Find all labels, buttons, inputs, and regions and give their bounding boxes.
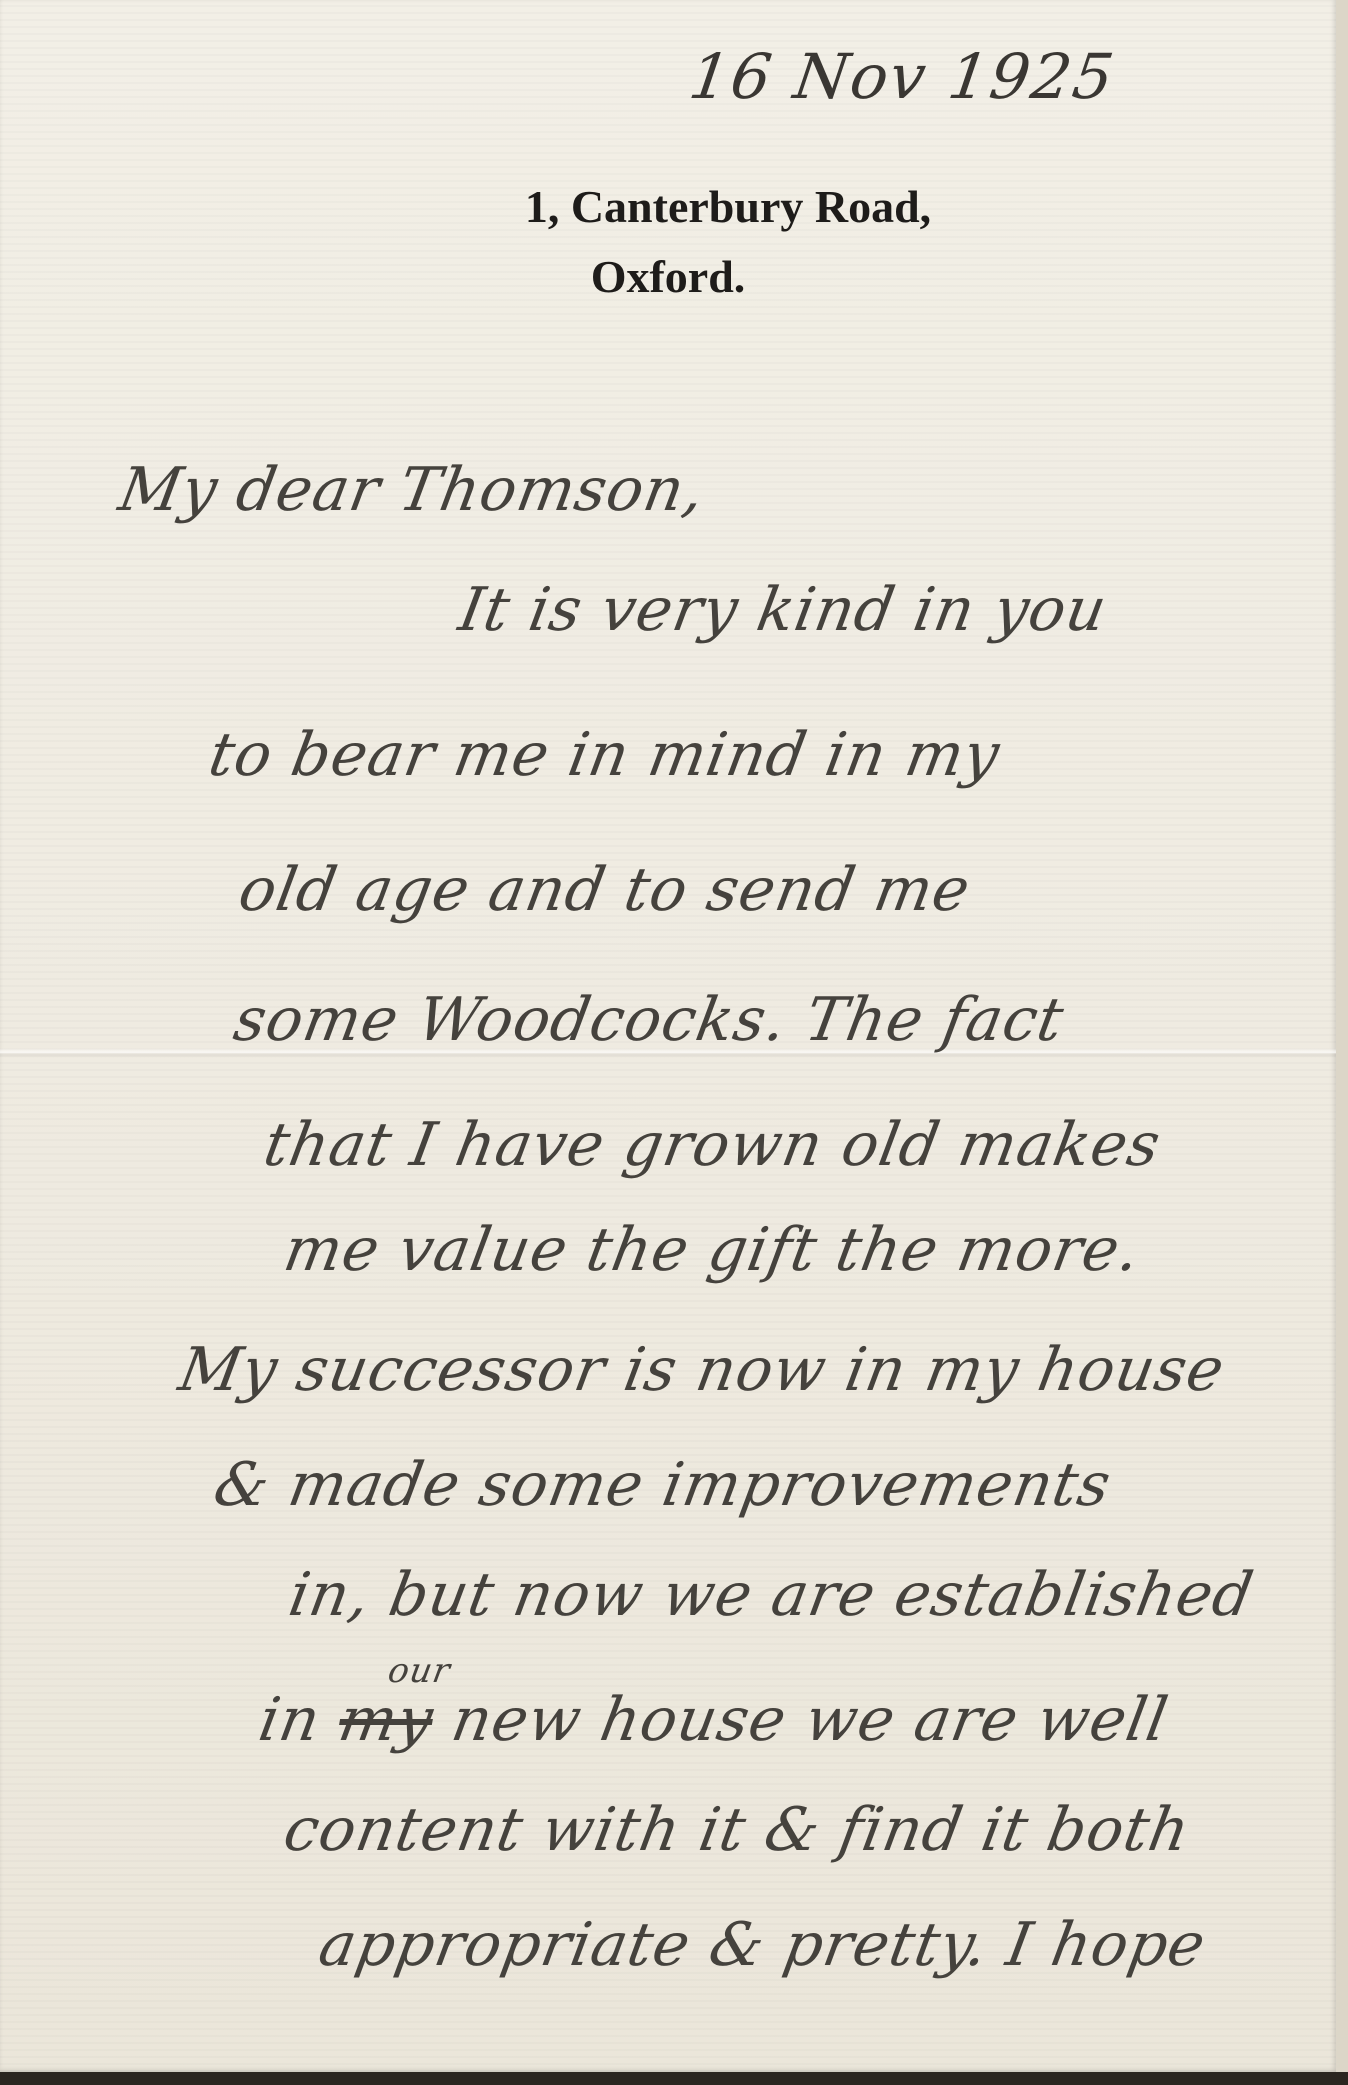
page-right-edge bbox=[1336, 0, 1348, 2085]
body-line-12: appropriate & pretty. I hope bbox=[314, 1910, 1211, 1980]
salutation: My dear Thomson, bbox=[114, 455, 710, 525]
body-line-3: old age and to send me bbox=[234, 855, 976, 925]
letterhead-address-line-2: Oxford. bbox=[0, 250, 1336, 303]
line-10-prefix: in bbox=[254, 1685, 326, 1755]
body-line-6: me value the gift the more. bbox=[279, 1215, 1146, 1285]
letterhead-address-line-1: 1, Canterbury Road, bbox=[0, 180, 1348, 233]
body-line-8: & made some improvements bbox=[209, 1450, 1117, 1520]
inserted-correction: our bbox=[385, 1651, 454, 1691]
line-10-suffix: new house we are well bbox=[447, 1685, 1174, 1755]
page-bottom-edge bbox=[0, 2072, 1348, 2085]
body-line-7: My successor is now in my house bbox=[174, 1335, 1230, 1405]
body-line-1: It is very kind in you bbox=[454, 575, 1113, 645]
body-line-10: in our my new house we are well bbox=[254, 1685, 1174, 1755]
struck-word: my bbox=[334, 1685, 439, 1755]
body-line-2: to bear me in mind in my bbox=[204, 720, 1005, 790]
body-line-9: in, but now we are established bbox=[284, 1560, 1259, 1630]
letter-date: 16 Nov 1925 bbox=[685, 40, 1120, 113]
body-line-11: content with it & find it both bbox=[279, 1795, 1196, 1865]
body-line-4: some Woodcocks. The fact bbox=[229, 985, 1070, 1055]
body-line-5: that I have grown old makes bbox=[259, 1110, 1166, 1180]
letter-page: 16 Nov 1925 1, Canterbury Road, Oxford. … bbox=[0, 0, 1336, 2072]
